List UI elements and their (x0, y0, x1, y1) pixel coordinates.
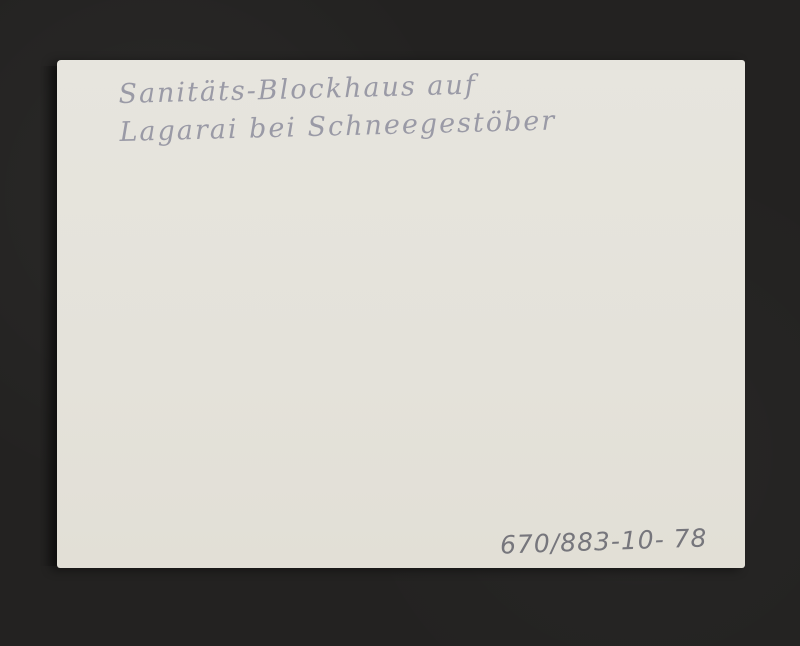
handwritten-caption: Sanitäts-Blockhaus auf Lagarai bei Schne… (118, 61, 700, 152)
